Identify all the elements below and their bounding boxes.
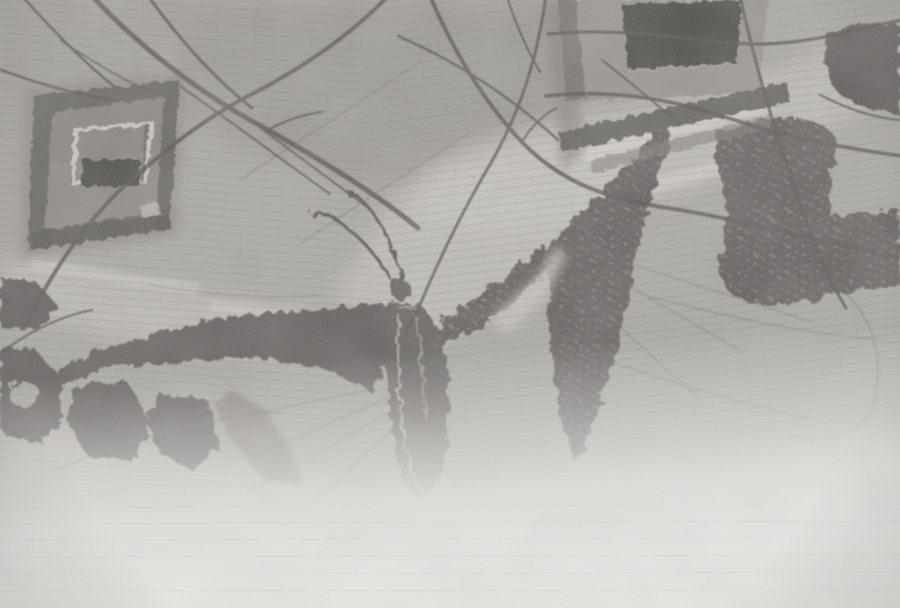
photo-canvas	[0, 0, 900, 608]
photo-butterfly-mural	[0, 0, 900, 608]
vignette	[0, 0, 900, 608]
